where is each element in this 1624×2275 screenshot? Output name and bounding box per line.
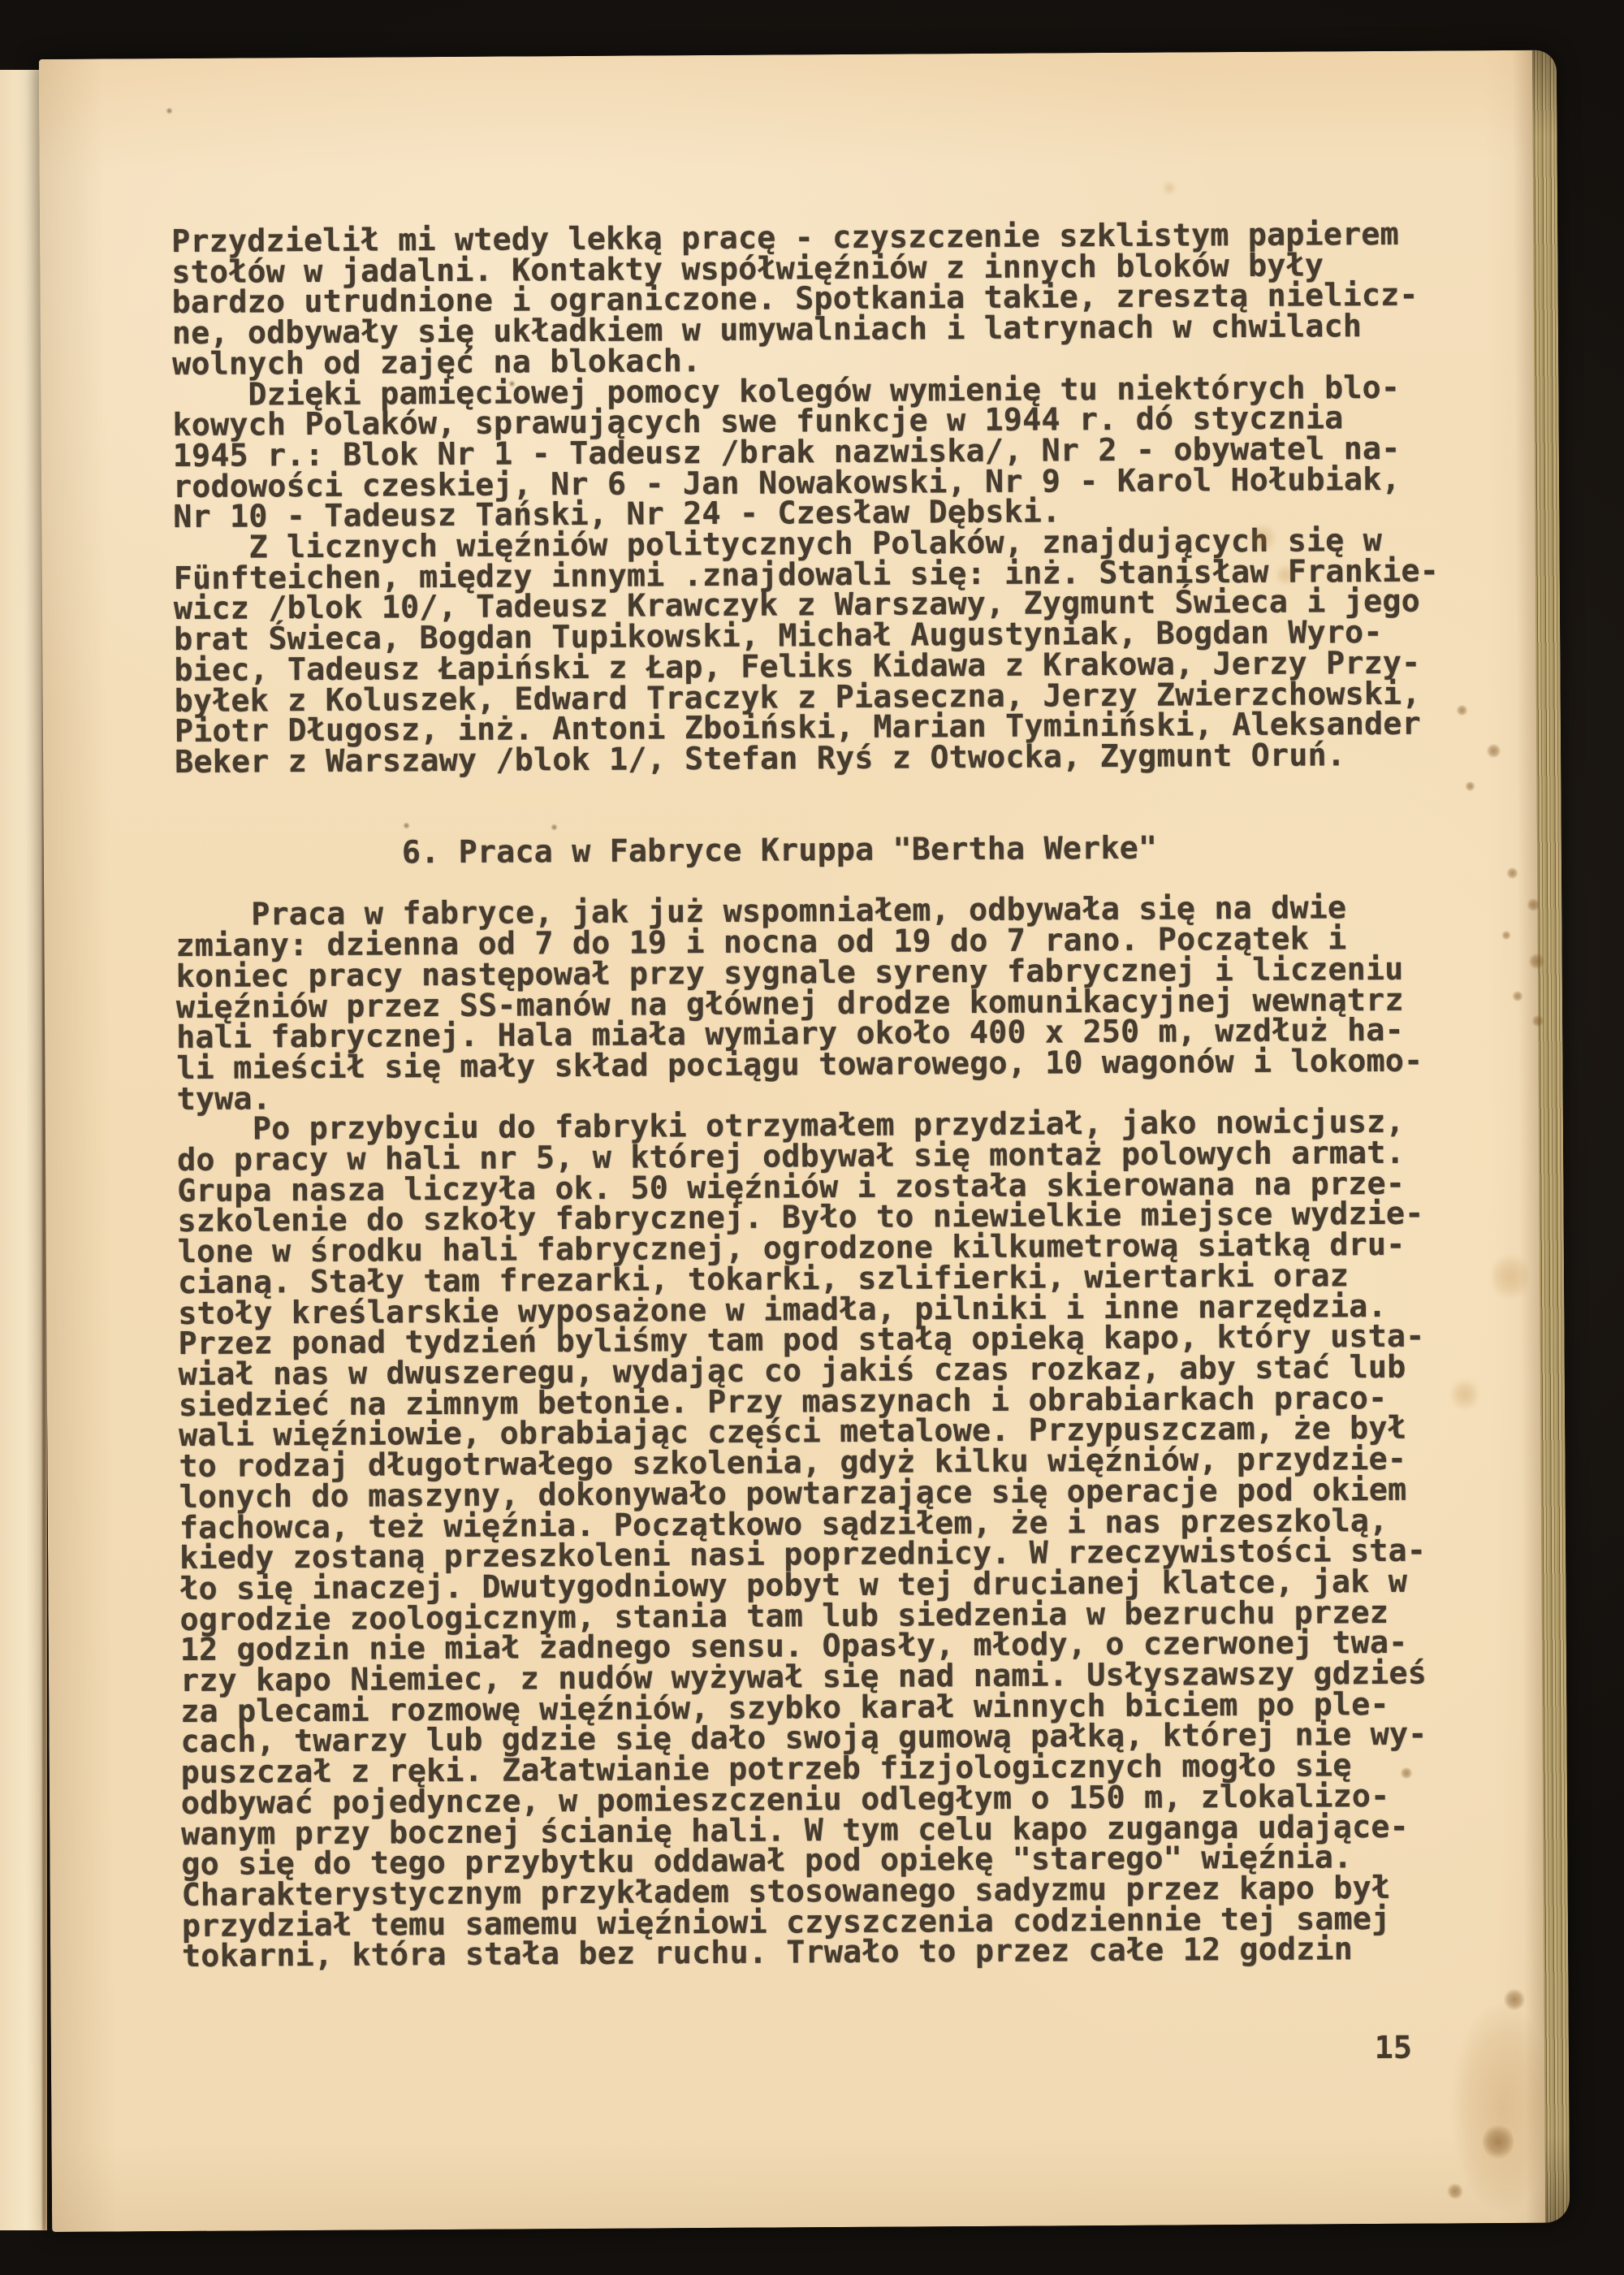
book-page: Przydzielił mi wtedy lekką pracę - czysz…	[39, 50, 1570, 2232]
paragraph-4: Praca w fabryce, jak już wspomniałem, od…	[175, 893, 1442, 1114]
paragraph-1: Przydzielił mi wtedy lekką pracę - czysz…	[171, 219, 1437, 380]
previous-page-edge	[0, 70, 47, 2230]
paragraph-2: Dzięki pamięciowej pomocy kolegów wymien…	[172, 372, 1438, 533]
page-number: 15	[1375, 2033, 1412, 2064]
paragraph-5: Po przybyciu do fabryki otrzymałem przyd…	[177, 1107, 1448, 1972]
section-heading: 6. Praca w Fabryce Kruppa "Bertha Werke"	[175, 832, 1440, 870]
typewritten-text-column: Przydzielił mi wtedy lekką pracę - czysz…	[171, 219, 1447, 1973]
scanned-book-photo: { "page": { "page_number": "15", "sectio…	[0, 0, 1624, 2275]
paragraph-3: Z licznych więźniów politycznych Polaków…	[173, 525, 1440, 778]
